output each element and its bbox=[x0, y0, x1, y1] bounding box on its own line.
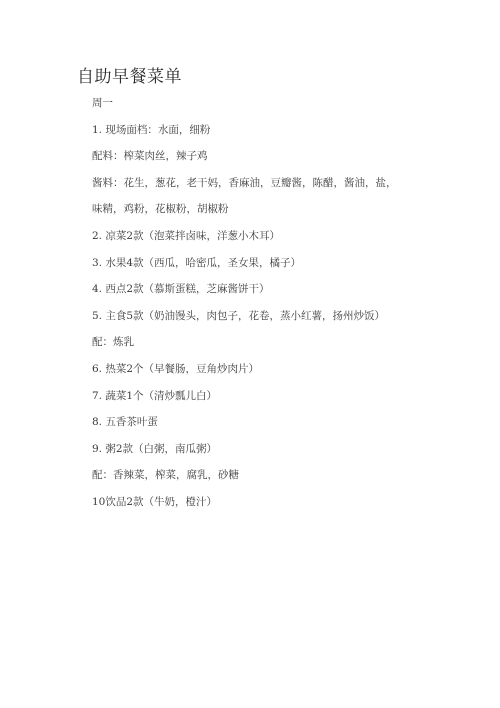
menu-line-sauces: 酱料：花生，葱花，老干妈，香麻油，豆瓣酱，陈醋，酱油，盐， bbox=[92, 176, 472, 190]
menu-line-toppings: 配料：榨菜肉丝，辣子鸡 bbox=[92, 149, 472, 163]
page-title: 自助早餐菜单 bbox=[77, 66, 182, 88]
menu-line-staples-side: 配：炼乳 bbox=[92, 335, 472, 349]
menu-line-staples: 5. 主食5款（奶油馒头，肉包子，花卷，蒸小红薯，扬州炒饭） bbox=[92, 309, 472, 323]
menu-line-pastries: 4. 西点2款（慕斯蛋糕，芝麻酱饼干） bbox=[92, 282, 472, 296]
menu-line-hot-dishes: 6. 热菜2个（早餐肠，豆角炒肉片） bbox=[92, 362, 472, 376]
document-page: 自助早餐菜单 周一 1. 现场面档：水面，细粉 配料：榨菜肉丝，辣子鸡 酱料：花… bbox=[0, 0, 500, 708]
menu-line-tea-eggs: 8. 五香茶叶蛋 bbox=[92, 415, 472, 429]
menu-line-noodle-station: 1. 现场面档：水面，细粉 bbox=[92, 123, 472, 137]
menu-line-fruits: 3. 水果4款（西瓜，哈密瓜，圣女果，橘子） bbox=[92, 256, 472, 270]
menu-body: 周一 1. 现场面档：水面，细粉 配料：榨菜肉丝，辣子鸡 酱料：花生，葱花，老干… bbox=[92, 96, 472, 522]
menu-line-drinks: 10饮品2款（牛奶，橙汁） bbox=[92, 495, 472, 509]
day-label: 周一 bbox=[92, 96, 472, 110]
menu-line-porridge: 9. 粥2款（白粥，南瓜粥） bbox=[92, 442, 472, 456]
menu-line-sauces-continued: 味精，鸡粉，花椒粉，胡椒粉 bbox=[92, 202, 472, 216]
menu-line-vegetables: 7. 蔬菜1个（清炒瓢儿白） bbox=[92, 389, 472, 403]
menu-line-porridge-side: 配：香辣菜，榨菜，腐乳，砂糖 bbox=[92, 468, 472, 482]
menu-line-cold-dishes: 2. 凉菜2款（泡菜拌卤味，洋葱小木耳） bbox=[92, 229, 472, 243]
